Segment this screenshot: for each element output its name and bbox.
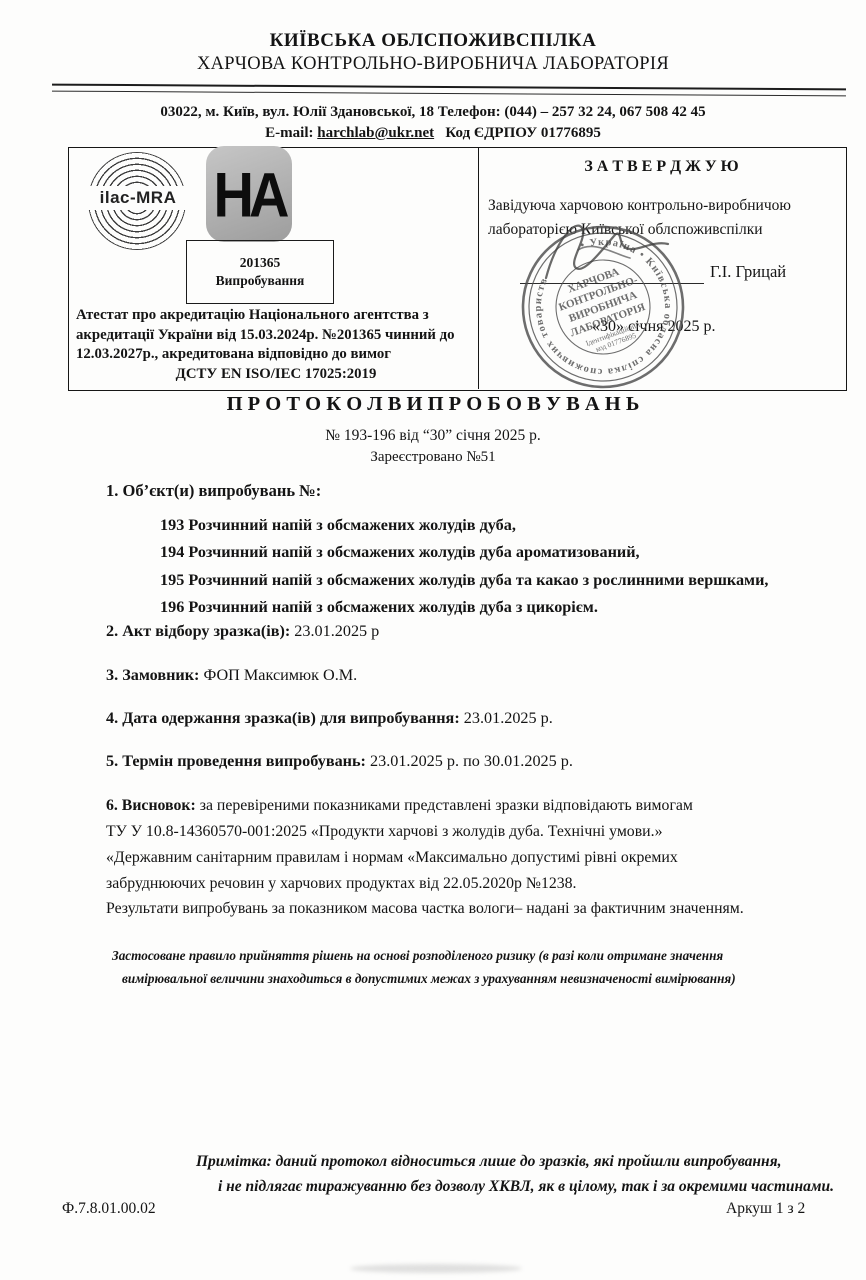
item4-row: 4. Дата одержання зразка(ів) для випробу… bbox=[106, 709, 553, 728]
sample-item: 194 Розчинний напій з обсмажених жолудів… bbox=[160, 539, 768, 566]
item5-value: 23.01.2025 р. по 30.01.2025 р. bbox=[370, 752, 573, 770]
certificate-number: 201365 bbox=[240, 254, 281, 272]
accreditation-text: Атестат про акредитацію Національного аг… bbox=[76, 306, 476, 384]
item3-row: 3. Замовник: ФОП Максимюк О.М. bbox=[106, 666, 357, 685]
accreditation-line: Атестат про акредитацію Національного аг… bbox=[76, 306, 476, 326]
certificate-type: Випробування bbox=[216, 272, 305, 290]
email-line: E-mail: harchlab@ukr.net Код ЄДРПОУ 0177… bbox=[0, 125, 866, 142]
item6-text-line: ТУ У 10.8-14360570-001:2025 «Продукти ха… bbox=[106, 819, 778, 845]
handwritten-signature bbox=[518, 210, 713, 290]
accreditation-standard: ДСТУ EN ISO/IEC 17025:2019 bbox=[76, 365, 476, 385]
form-code: Ф.7.8.01.00.02 bbox=[62, 1200, 156, 1218]
item2-label: 2. Акт відбору зразка(ів): bbox=[106, 622, 290, 640]
item6-conclusion: 6. Висновок: за перевіреними показниками… bbox=[106, 793, 778, 897]
edrpou-code: Код ЄДРПОУ 01776895 bbox=[445, 125, 600, 141]
accreditation-line: акредитації України від 15.03.2024р. №20… bbox=[76, 326, 476, 346]
laboratory-name: ХАРЧОВА КОНТРОЛЬНО-ВИРОБНИЧА ЛАБОРАТОРІЯ bbox=[0, 54, 866, 75]
sample-item: 196 Розчинний напій з обсмажених жолудів… bbox=[160, 594, 768, 621]
naau-glyph: НА bbox=[214, 158, 285, 231]
header-divider bbox=[52, 84, 846, 97]
email-address: harchlab@ukr.net bbox=[317, 125, 434, 141]
item6-text-line: за перевіреними показниками представлені… bbox=[200, 797, 693, 814]
naau-logo-icon: НА bbox=[206, 146, 292, 242]
sample-item: 195 Розчинний напій з обсмажених жолудів… bbox=[160, 567, 768, 594]
approval-heading: З А Т В Е Р Д Ж У Ю bbox=[478, 158, 845, 176]
sample-item: 193 Розчинний напій з обсмажених жолудів… bbox=[160, 512, 768, 539]
decision-rule-note-line2: вимірювальної величини знаходиться в доп… bbox=[122, 967, 736, 990]
item1-label: 1. Об’єкт(и) випробувань №: bbox=[106, 481, 321, 501]
footer-note-line2: і не підлягає тиражуванню без дозволу ХК… bbox=[218, 1178, 834, 1196]
item4-value: 23.01.2025 р. bbox=[464, 709, 553, 727]
item3-value: ФОП Максимюк О.М. bbox=[204, 666, 358, 684]
scanned-protocol-page: КИЇВСЬКА ОБЛСПОЖИВСПІЛКА ХАРЧОВА КОНТРОЛ… bbox=[0, 0, 866, 1280]
ilac-mra-label: ilac-MRA bbox=[80, 186, 196, 210]
item4-label: 4. Дата одержання зразка(ів) для випробу… bbox=[106, 709, 460, 727]
protocol-registered: Зареєстровано №51 bbox=[0, 449, 866, 466]
sample-list: 193 Розчинний напій з обсмажених жолудів… bbox=[160, 512, 768, 621]
email-label: E-mail: bbox=[265, 125, 313, 141]
item2-row: 2. Акт відбору зразка(ів): 23.01.2025 р bbox=[106, 622, 379, 641]
decision-rule-note-line1: Застосоване правило прийняття рішень на … bbox=[112, 944, 723, 967]
sheet-number: Аркуш 1 з 2 bbox=[726, 1200, 805, 1218]
box-divider bbox=[478, 147, 479, 389]
results-note: Результати випробувань за показником мас… bbox=[106, 900, 744, 918]
address-line: 03022, м. Київ, вул. Юлії Здановської, 1… bbox=[0, 104, 866, 121]
scan-smudge bbox=[350, 1264, 522, 1273]
item2-value: 23.01.2025 р bbox=[294, 622, 379, 640]
item6-text-line: забруднюючих речовин у харчових продукта… bbox=[106, 871, 778, 897]
protocol-title: П Р О Т О К О Л В И П Р О Б О В У В А Н … bbox=[0, 393, 866, 416]
item5-label: 5. Термін проведення випробувань: bbox=[106, 752, 366, 770]
certificate-number-box: 201365 Випробування bbox=[186, 240, 334, 304]
accreditation-line: 12.03.2027р., акредитована відповідно до… bbox=[76, 345, 476, 365]
item3-label: 3. Замовник: bbox=[106, 666, 199, 684]
footer-note-line1: Примітка: даний протокол відноситься лиш… bbox=[196, 1153, 782, 1171]
approver-name: Г.І. Грицай bbox=[710, 262, 786, 282]
item6-text-line: «Державним санітарним правилам і нормам … bbox=[106, 845, 778, 871]
item6-label: 6. Висновок: bbox=[106, 797, 196, 814]
protocol-number-line: № 193-196 від “30” січня 2025 р. bbox=[0, 427, 866, 445]
organization-name: КИЇВСЬКА ОБЛСПОЖИВСПІЛКА bbox=[0, 30, 866, 52]
item5-row: 5. Термін проведення випробувань: 23.01.… bbox=[106, 752, 573, 771]
